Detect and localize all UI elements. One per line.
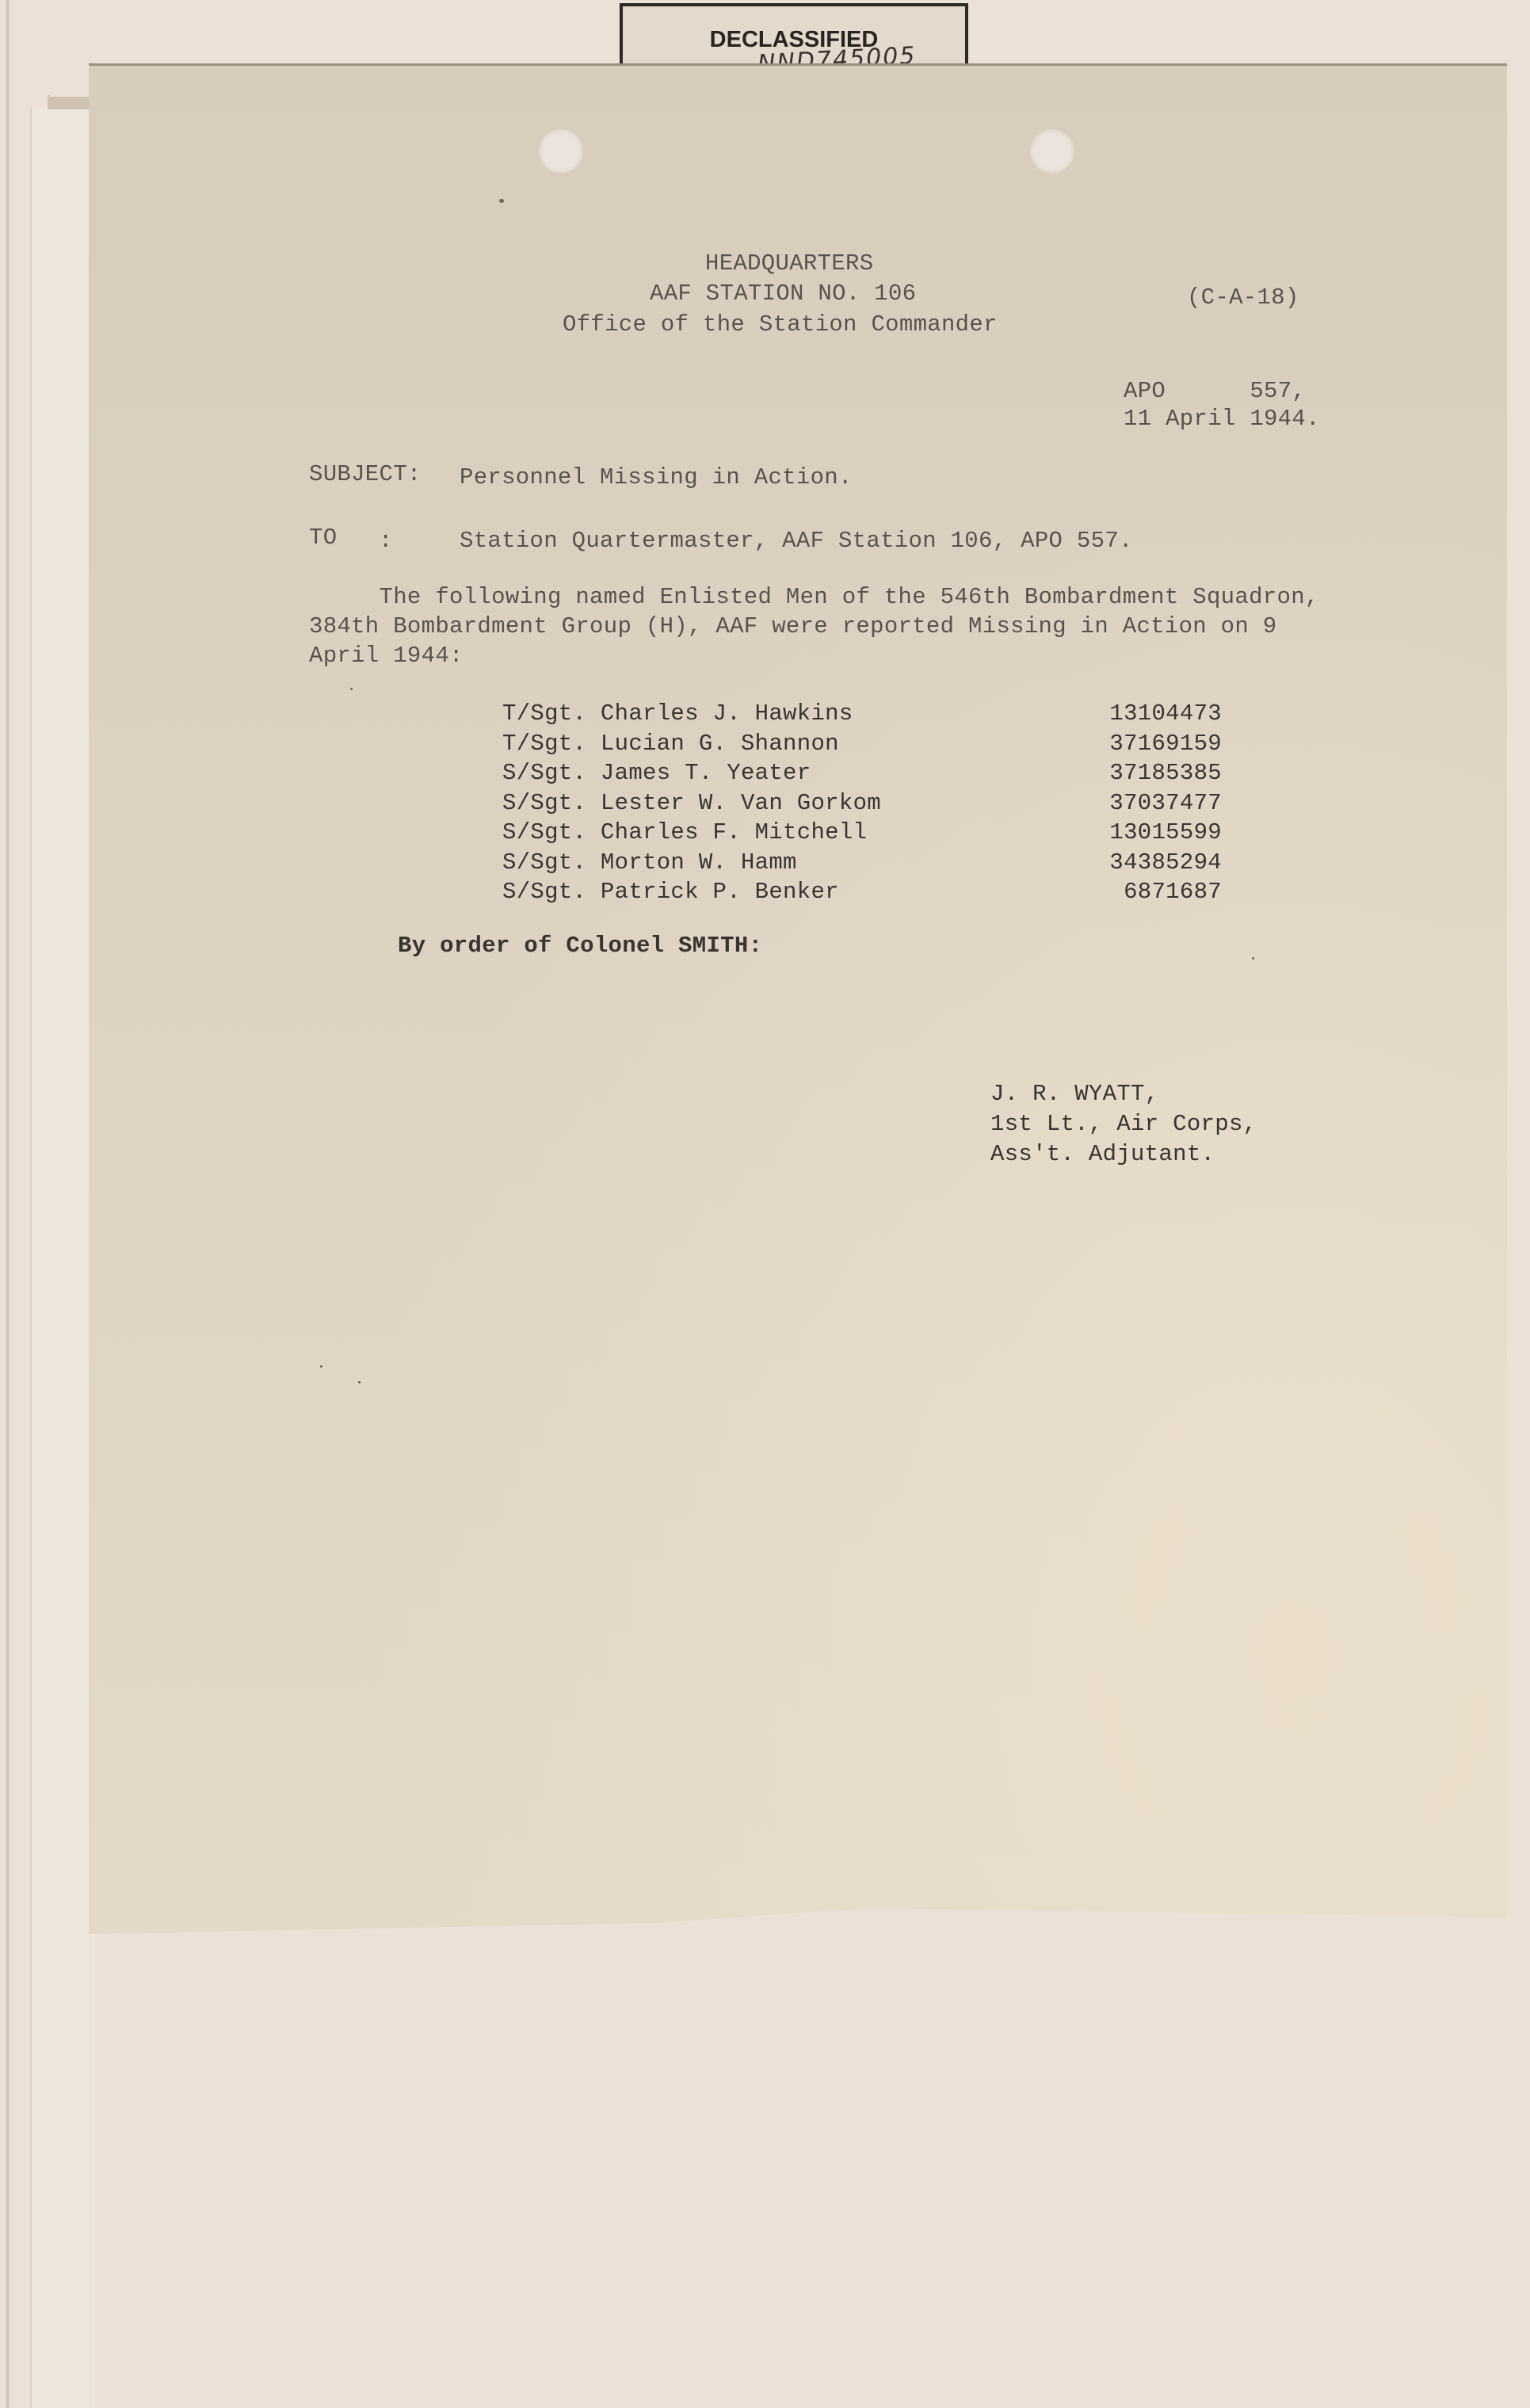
roster-serial: 6871687 bbox=[1095, 878, 1222, 906]
apo-number: 557, bbox=[1250, 378, 1306, 404]
body-line: April 1944: bbox=[309, 641, 1319, 670]
ink-speck bbox=[350, 688, 353, 690]
folder-edge bbox=[6, 0, 10, 2408]
roster-rank: S/Sgt. bbox=[502, 760, 586, 786]
header-office: Office of the Station Commander bbox=[563, 311, 998, 339]
roster-serial: 13104473 bbox=[1095, 700, 1222, 728]
roster-serial: 37185385 bbox=[1095, 759, 1222, 788]
subject-value: Personnel Missing in Action. bbox=[460, 464, 853, 492]
roster-rank: S/Sgt. bbox=[502, 790, 586, 816]
signature-name: J. R. WYATT, bbox=[990, 1080, 1158, 1109]
body-line: 384th Bombardment Group (H), AAF were re… bbox=[309, 612, 1319, 641]
underlying-sheet bbox=[30, 108, 95, 2408]
roster-person: Morton W. Hamm bbox=[601, 849, 797, 876]
reference-code: (C-A-18) bbox=[1187, 284, 1299, 312]
order-line: By order of Colonel SMITH: bbox=[398, 932, 762, 960]
roster-serial: 34385294 bbox=[1095, 849, 1222, 877]
roster-rank: S/Sgt. bbox=[502, 849, 586, 876]
signature-title: Ass't. Adjutant. bbox=[990, 1140, 1215, 1169]
apo-line: APO 557, bbox=[1124, 377, 1306, 406]
roster-name: T/Sgt. Charles J. Hawkins bbox=[502, 700, 853, 728]
roster-name: S/Sgt. James T. Yeater bbox=[502, 759, 811, 788]
document-date: 11 April 1944. bbox=[1124, 405, 1320, 433]
body-paragraph: The following named Enlisted Men of the … bbox=[309, 582, 1319, 670]
signature-rank: 1st Lt., Air Corps, bbox=[990, 1110, 1257, 1139]
ink-speck bbox=[358, 1381, 361, 1383]
ink-speck bbox=[320, 1365, 322, 1368]
roster-person: Charles F. Mitchell bbox=[601, 819, 867, 845]
roster-person: Lester W. Van Gorkom bbox=[601, 790, 881, 816]
ink-speck bbox=[499, 199, 504, 203]
declassified-stamp: DECLASSIFIED NND745005 bbox=[620, 3, 968, 71]
underlying-sheet-tab bbox=[48, 97, 89, 109]
roster-person: Patrick P. Benker bbox=[601, 879, 839, 905]
roster-name: S/Sgt. Charles F. Mitchell bbox=[502, 819, 867, 847]
header-station: AAF STATION NO. 106 bbox=[650, 280, 916, 308]
roster-serial: 13015599 bbox=[1095, 819, 1222, 847]
roster-rank: T/Sgt. bbox=[502, 731, 586, 757]
roster-person: James T. Yeater bbox=[601, 760, 811, 786]
roster-serial: 37037477 bbox=[1095, 789, 1222, 818]
roster-name: S/Sgt. Patrick P. Benker bbox=[502, 878, 839, 906]
roster-person: Lucian G. Shannon bbox=[601, 731, 839, 757]
punch-hole-right bbox=[1030, 129, 1074, 174]
body-line: The following named Enlisted Men of the … bbox=[309, 582, 1319, 612]
ink-speck bbox=[1252, 957, 1254, 960]
punch-hole-left bbox=[539, 129, 583, 174]
roster-serial: 37169159 bbox=[1095, 730, 1222, 758]
roster-name: S/Sgt. Morton W. Hamm bbox=[502, 849, 797, 877]
roster-rank: T/Sgt. bbox=[502, 700, 586, 727]
roster-rank: S/Sgt. bbox=[502, 879, 586, 905]
apo-label: APO bbox=[1124, 378, 1166, 404]
subject-label: SUBJECT: bbox=[309, 460, 422, 489]
roster-name: S/Sgt. Lester W. Van Gorkom bbox=[502, 789, 881, 818]
to-label: TO bbox=[309, 524, 337, 552]
document-sheet: HEADQUARTERS AAF STATION NO. 106 Office … bbox=[89, 63, 1507, 1934]
header-headquarters: HEADQUARTERS bbox=[705, 250, 873, 278]
roster-person: Charles J. Hawkins bbox=[601, 700, 853, 727]
to-colon: : bbox=[379, 527, 393, 555]
to-value: Station Quartermaster, AAF Station 106, … bbox=[460, 527, 1133, 555]
roster-name: T/Sgt. Lucian G. Shannon bbox=[502, 730, 839, 758]
roster-rank: S/Sgt. bbox=[502, 819, 586, 845]
